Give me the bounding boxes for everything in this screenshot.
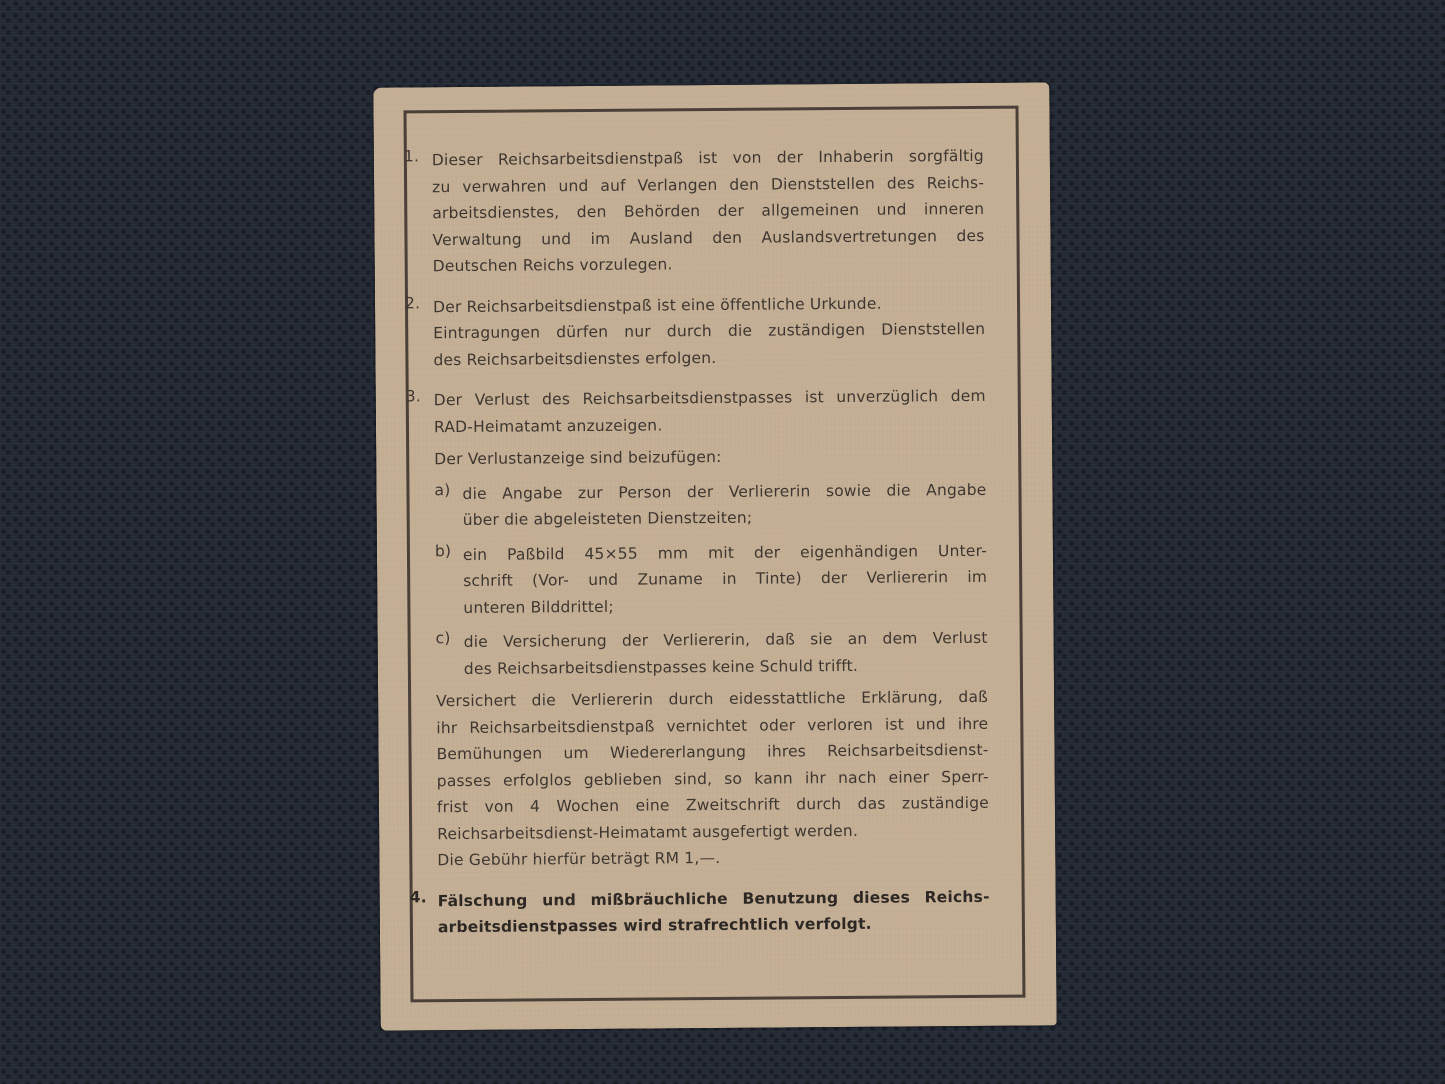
text-line: unteren Bilddrittel; — [463, 590, 987, 621]
text-line: Fälschung und mißbräuchliche Benutzung d… — [438, 883, 990, 914]
item-3: 3. Der Verlust des Reichsarbeitsdienstpa… — [406, 383, 990, 874]
text-line: frist von 4 Wochen eine Zweitschrift dur… — [437, 790, 989, 821]
subitem-letter: a) — [434, 481, 450, 499]
item-number: 3. — [406, 387, 426, 405]
attachments-intro: Der Verlustanzeige sind beizufügen: — [434, 442, 986, 473]
text-line: über die abgeleisteten Dienstzeiten; — [463, 503, 987, 534]
text-line: Verwaltung und im Ausland den Auslandsve… — [432, 222, 984, 253]
text-line: die Versicherung der Verliererin, daß si… — [464, 625, 988, 656]
text-line: Dieser Reichsarbeitsdienstpaß ist von de… — [432, 143, 984, 174]
text-line: RAD-Heimatamt anzuzeigen. — [434, 409, 986, 440]
text-line: Eintragungen dürfen nur durch die zustän… — [433, 316, 985, 347]
subitem-letter: c) — [436, 629, 451, 647]
text-line: die Angabe zur Person der Verliererin so… — [462, 476, 986, 507]
text-line: des Reichsarbeitsdienstes erfolgen. — [433, 342, 985, 373]
item-number: 4. — [410, 888, 430, 906]
document-text: 1. Dieser Reichsarbeitsdienstpaß ist von… — [404, 143, 990, 955]
subitem-b: b) ein Paßbild 45×55 mm mit der eigenhän… — [407, 537, 988, 621]
text-line: arbeitsdienstpasses wird strafrechtlich … — [438, 910, 990, 941]
subitem-letter: b) — [435, 542, 451, 560]
text-line: arbeitsdienstes, den Behörden der allgem… — [432, 196, 984, 227]
text-line: des Reichsarbeitsdienstpasses keine Schu… — [464, 651, 988, 682]
item-2: 2. Der Reichsarbeitsdienstpaß ist eine ö… — [405, 289, 986, 373]
text-line: Der Verlust des Reichsarbeitsdienstpasse… — [434, 383, 986, 414]
subitem-c: c) die Versicherung der Verliererin, daß… — [408, 625, 988, 683]
fee-line: Die Gebühr hierfür beträgt RM 1,—. — [437, 843, 989, 874]
text-line: schrift (Vor- und Zuname in Tinte) der V… — [463, 564, 987, 595]
text-line: ein Paßbild 45×55 mm mit der eigenhändig… — [463, 537, 987, 568]
text-line: Deutschen Reichs vorzulegen. — [433, 249, 985, 280]
item-4: 4. Fälschung und mißbräuchliche Benutzun… — [410, 883, 990, 941]
document-card: 1. Dieser Reichsarbeitsdienstpaß ist von… — [373, 82, 1056, 1030]
item-number: 2. — [405, 294, 425, 312]
text-line: Versichert die Verliererin durch eidesst… — [436, 684, 988, 715]
text-line: Bemühungen um Wiedererlangung ihres Reic… — [436, 737, 988, 768]
replacement-paragraph: Versichert die Verliererin durch eidesst… — [436, 684, 989, 874]
item-number: 1. — [404, 147, 424, 165]
subitem-a: a) die Angabe zur Person der Verliererin… — [406, 476, 986, 534]
item-1: 1. Dieser Reichsarbeitsdienstpaß ist von… — [404, 143, 985, 280]
